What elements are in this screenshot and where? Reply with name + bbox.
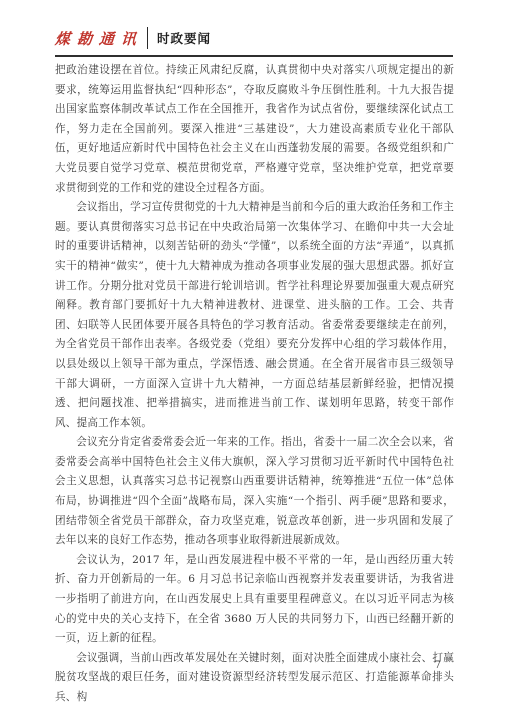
header-divider: [147, 27, 148, 49]
header-rule: [55, 55, 453, 57]
article-body: 把政治建设摆在首位。持续正风肃纪反腐，认真贯彻中央对落实八项规定提出的新要求，统…: [55, 61, 454, 708]
page-number: 7: [435, 660, 441, 671]
section-title: 时政要闻: [157, 29, 211, 47]
newsletter-logo: 煤勘通讯: [54, 28, 143, 49]
document-page: 煤勘通讯 时政要闻 把政治建设摆在首位。持续正风肃纪反腐，认真贯彻中央对落实八项…: [0, 0, 509, 713]
body-paragraph: 会议指出，学习宣传贯彻党的十九大精神是当前和今后的重大政治任务和工作主题。要认真…: [55, 198, 454, 433]
body-paragraph: 会议强调，当前山西改革发展处在关键时刻，面对决胜全面建成小康社会、打赢脱贫攻坚战…: [55, 649, 454, 708]
body-paragraph: 把政治建设摆在首位。持续正风肃纪反腐，认真贯彻中央对落实八项规定提出的新要求，统…: [55, 61, 454, 198]
body-paragraph: 会议充分肯定省委常委会近一年来的工作。指出，省委十一届二次全会以来，省委常委会高…: [55, 433, 454, 551]
page-header: 煤勘通讯 时政要闻: [55, 26, 453, 50]
body-paragraph: 会议认为，2017 年，是山西发展进程中极不平常的一年，是山西经历重大转折、奋力…: [55, 551, 454, 649]
